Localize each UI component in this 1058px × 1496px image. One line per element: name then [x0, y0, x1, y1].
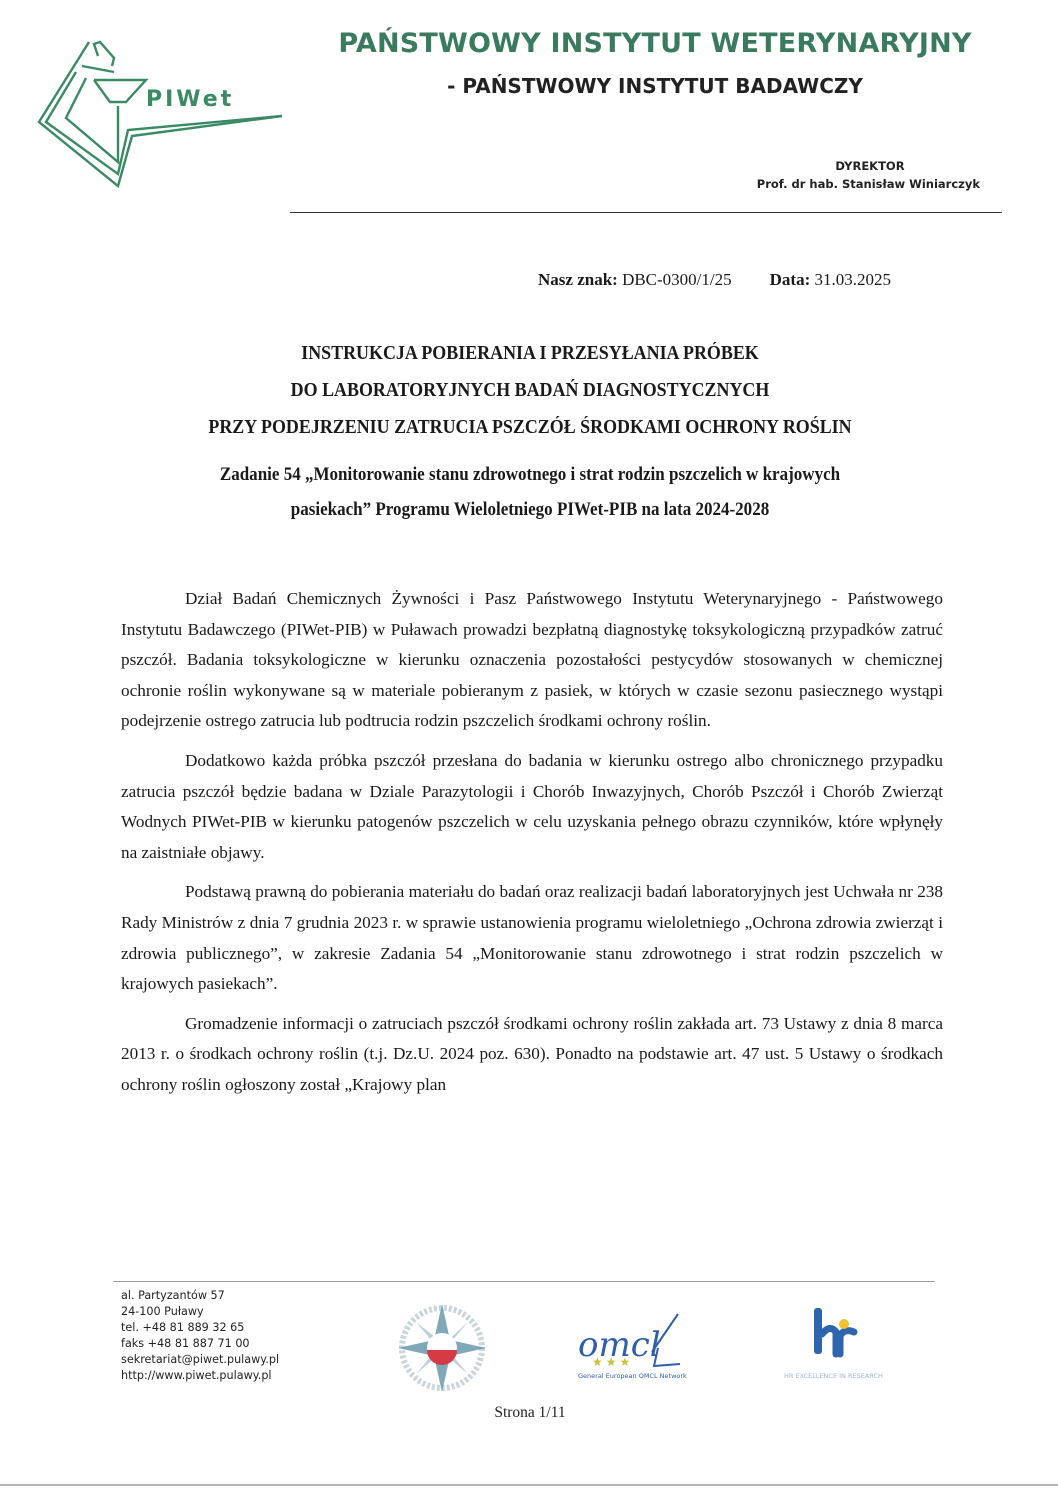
address-email[interactable]: sekretariat@piwet.pulawy.pl [121, 1352, 279, 1368]
director-name: Prof. dr hab. Stanisław Winiarczyk [700, 177, 980, 191]
address-city: 24-100 Puławy [121, 1304, 279, 1320]
header-divider [290, 212, 1002, 213]
address-website[interactable]: http://www.piwet.pulawy.pl [121, 1368, 279, 1384]
hr-excellence-logo: HR EXCELLENCE IN RESEARCH [780, 1300, 900, 1390]
body-paragraph: Dodatkowo każda próbka pszczół przesłana… [121, 746, 943, 868]
address-fax: faks +48 81 887 71 00 [121, 1336, 279, 1352]
director-role: DYREKTOR [700, 159, 1000, 173]
page-number: Strona 1/11 [480, 1404, 580, 1422]
institute-subtitle: - PAŃSTWOWY INSTYTUT BADAWCZY [300, 74, 1010, 98]
piwet-logo: PIWet [34, 36, 282, 192]
body-paragraph: Gromadzenie informacji o zatruciach pszc… [121, 1009, 943, 1101]
document-body: Dział Badań Chemicznych Żywności i Pasz … [121, 584, 943, 1110]
body-paragraph: Podstawą prawną do pobierania materiału … [121, 877, 943, 999]
our-ref-value: DBC-0300/1/25 [622, 270, 732, 289]
document-subtitle-line: pasiekach” Programu Wieloletniego PIWet-… [134, 500, 925, 521]
logo-text: PIWet [146, 87, 234, 112]
institute-title: PAŃSTWOWY INSTYTUT WETERYNARYJNY [300, 28, 1010, 59]
reference-line: Nasz znak: DBC-0300/1/25Data: 31.03.2025 [538, 270, 891, 290]
body-paragraph: Dział Badań Chemicznych Żywności i Pasz … [121, 584, 943, 737]
document-title-line: PRZY PODEJRZENIU ZATRUCIA PSZCZÓŁ ŚRODKA… [134, 417, 925, 439]
omcl-network-logo: omcl ★ ★ ★ General European OMCL Network [570, 1308, 710, 1384]
our-ref-label: Nasz znak: [538, 270, 618, 289]
footer-divider [113, 1281, 935, 1282]
date-label: Data: [770, 270, 811, 289]
svg-text:★ ★ ★: ★ ★ ★ [592, 1355, 630, 1369]
document-title-line: DO LABORATORYJNYCH BADAŃ DIAGNOSTYCZNYCH [134, 380, 925, 402]
compass-star-icon [394, 1300, 490, 1396]
document-title-line: INSTRUKCJA POBIERANIA I PRZESYŁANIA PRÓB… [134, 343, 925, 365]
date-value: 31.03.2025 [814, 270, 891, 289]
document-subtitle-line: Zadanie 54 „Monitorowanie stanu zdrowotn… [134, 465, 925, 486]
svg-text:HR EXCELLENCE IN RESEARCH: HR EXCELLENCE IN RESEARCH [784, 1372, 883, 1380]
address-phone: tel. +48 81 889 32 65 [121, 1320, 279, 1336]
page-edge [0, 1484, 1058, 1486]
address-street: al. Partyzantów 57 [121, 1288, 279, 1304]
svg-text:General European OMCL Network: General European OMCL Network [578, 1372, 687, 1380]
footer-address: al. Partyzantów 57 24-100 Puławy tel. +4… [121, 1288, 279, 1384]
